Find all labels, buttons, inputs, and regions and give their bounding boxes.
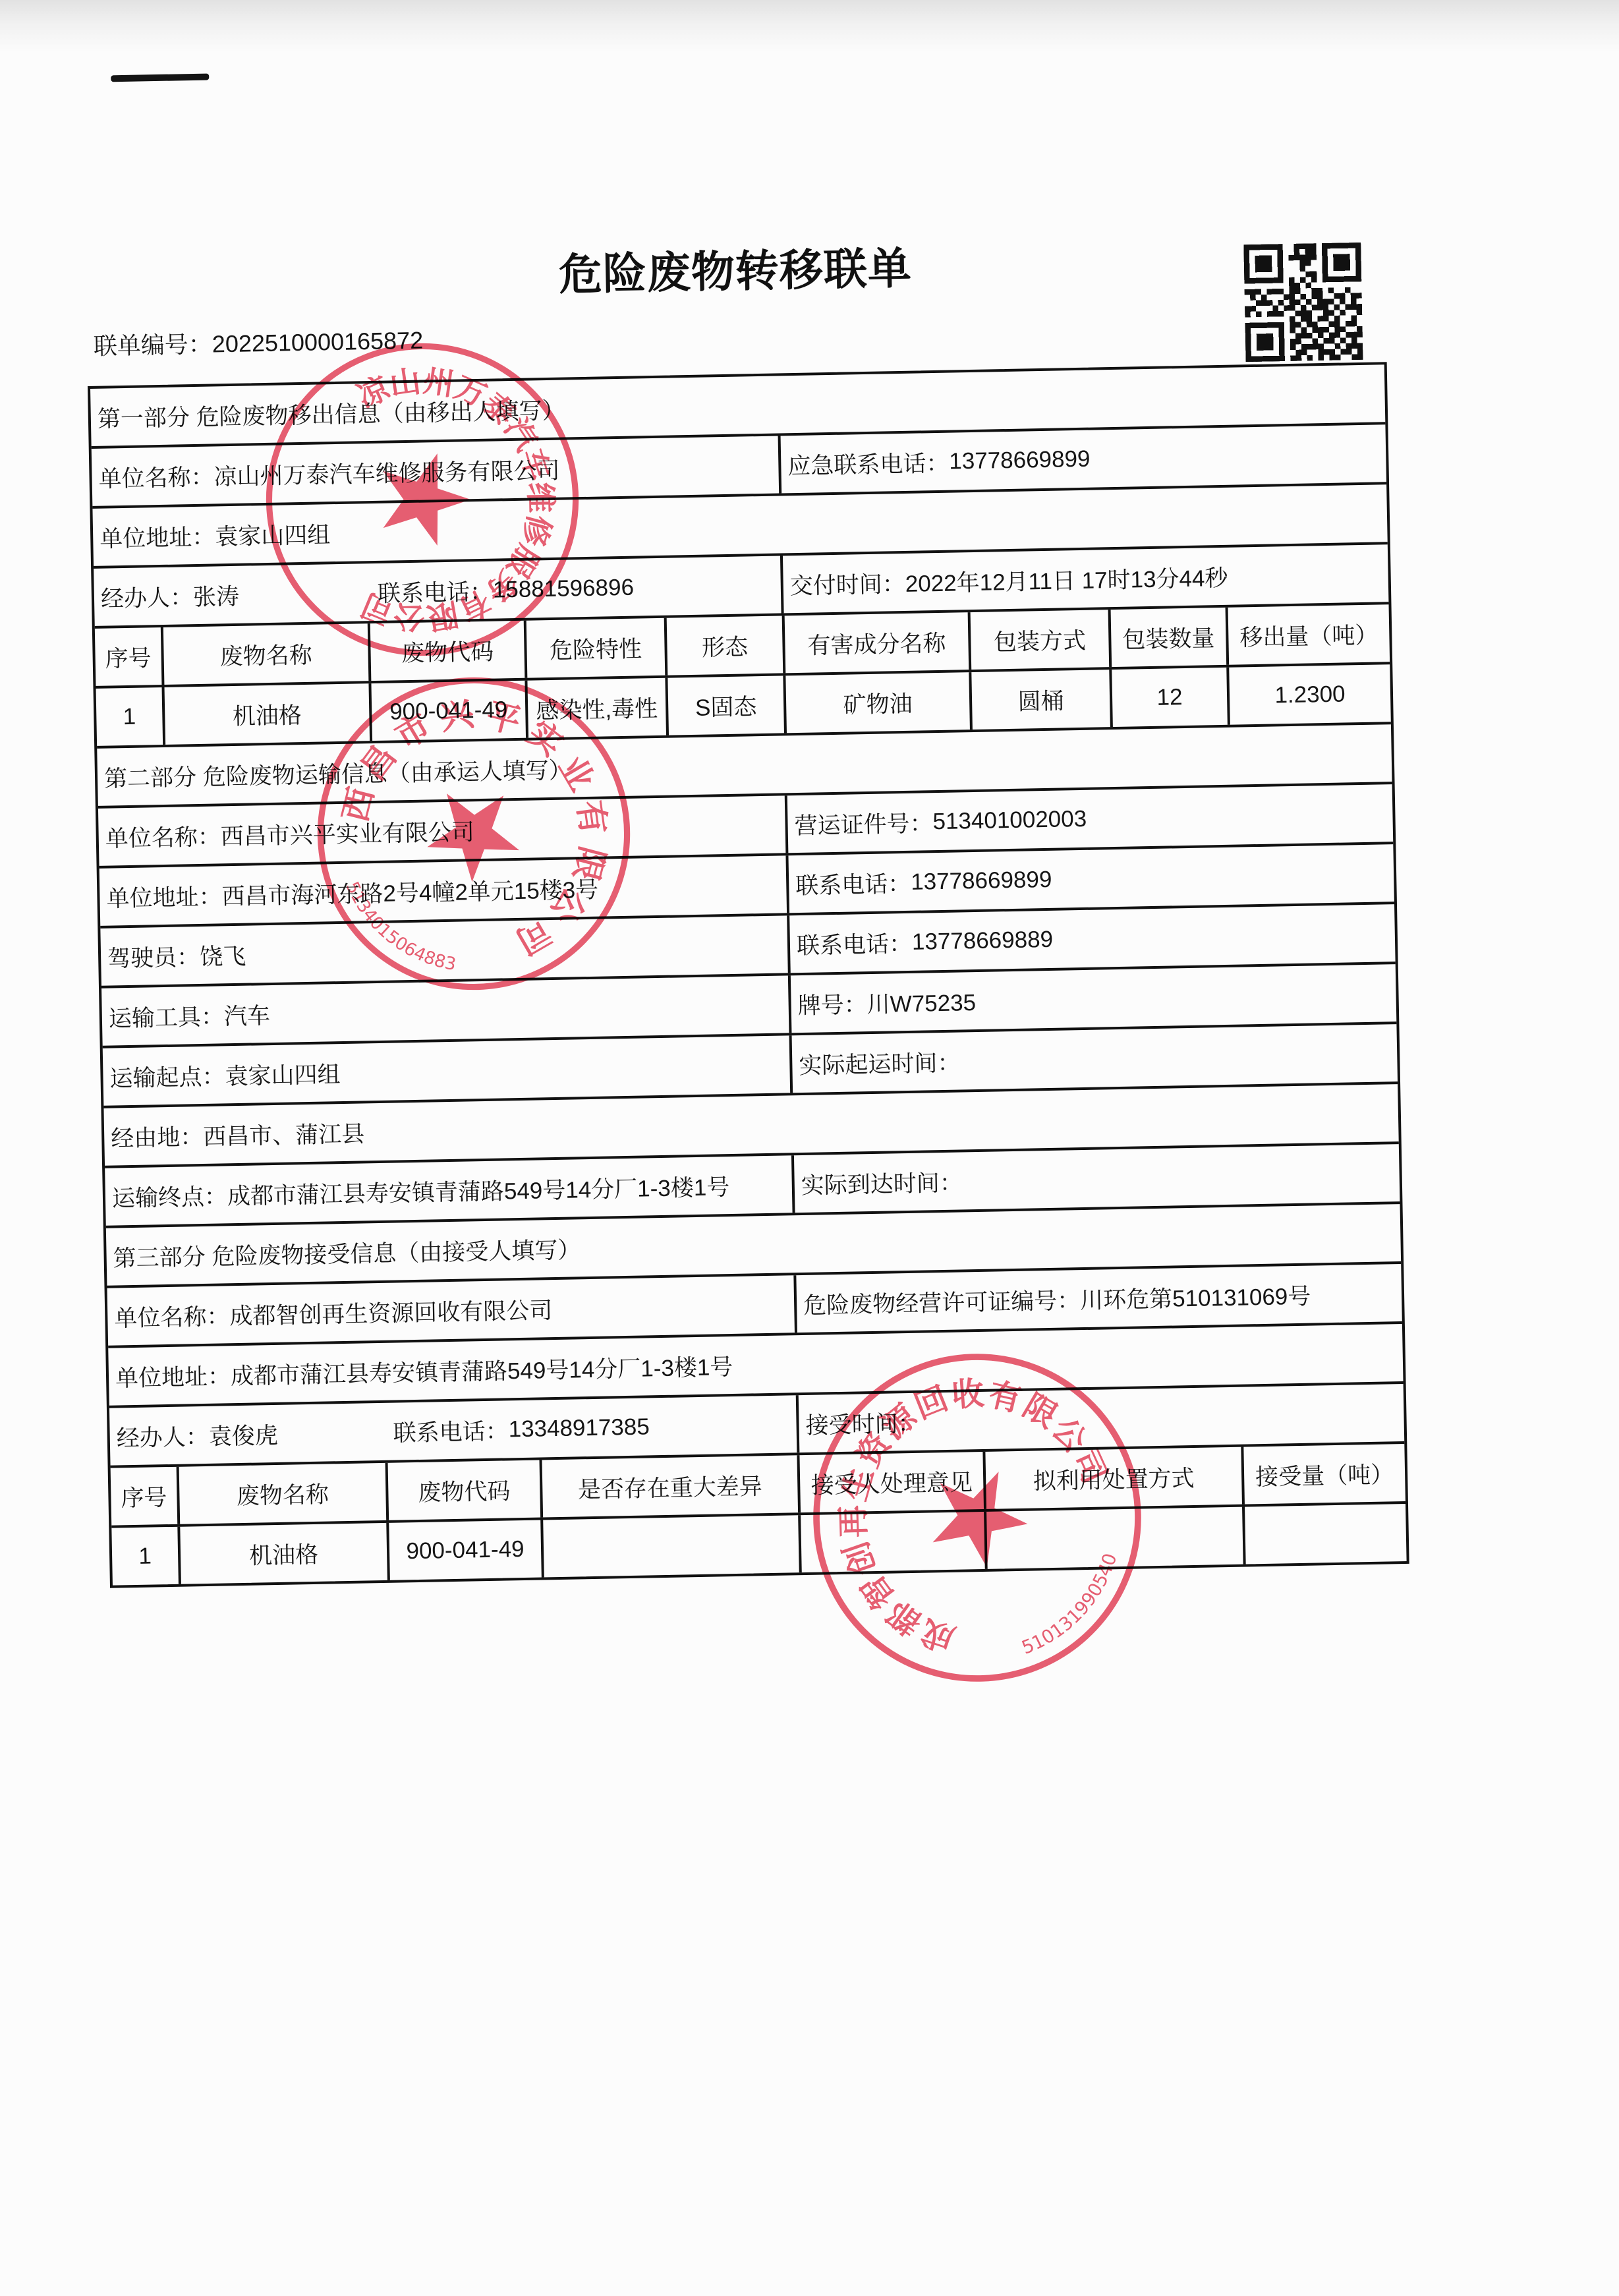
manifest-page: 危险废物转移联单 联单编号：2022510000165872 第一部分 危险废物… [89, 363, 1408, 1586]
field-label: 单位名称： [114, 1298, 230, 1333]
column-header: 是否存在重大差异 [540, 1455, 799, 1517]
carrier-phone: 联系电话：13778669899 [785, 844, 1394, 913]
field-value: 13778669899 [949, 445, 1091, 474]
column-header: 包装数量 [1108, 608, 1227, 667]
column-header: 包装方式 [968, 610, 1110, 670]
field-value: 513401002003 [932, 805, 1087, 834]
field-value: 15881596896 [492, 574, 634, 603]
scan-mark [111, 74, 209, 82]
column-header: 接受人处理意见 [797, 1452, 984, 1512]
column-header: 废物代码 [368, 621, 525, 681]
column-header: 危险特性 [524, 618, 666, 678]
field-label: 应急联系电话： [787, 445, 950, 481]
field-label: 交付时间： [789, 565, 905, 600]
qr-code [1243, 243, 1363, 362]
field-label: 单位地址： [99, 519, 215, 554]
shipper-emergency-phone: 应急联系电话：13778669899 [778, 424, 1386, 493]
table-cell: 900-041-49 [368, 681, 526, 741]
table-cell: 机油格 [177, 1523, 387, 1584]
field-value: 2022年12月11日 17时13分44秒 [905, 560, 1228, 598]
field-label: 实际到达时间： [801, 1164, 963, 1201]
handover-time: 交付时间：2022年12月11日 17时13分44秒 [780, 544, 1388, 613]
column-header: 移出量（吨） [1226, 604, 1390, 665]
field-label: 运输终点： [111, 1178, 227, 1213]
field-value: 袁家山四组 [225, 1056, 341, 1091]
table-cell: 12 [1109, 668, 1228, 727]
field-value: 饶飞 [200, 938, 246, 971]
table-cell [1242, 1504, 1407, 1564]
table-cell [540, 1515, 799, 1577]
page-title: 危险废物转移联单 [86, 231, 1384, 311]
manifest-table: 第一部分 危险废物移出信息（由移出人填写） 单位名称：凉山州万泰汽车维修服务有限… [88, 362, 1409, 1588]
actual-departure-time: 实际起运时间： [789, 1024, 1398, 1093]
field-label: 牌号： [797, 987, 867, 1021]
field-label: 联系电话： [795, 865, 911, 900]
field-value: 袁家山四组 [215, 517, 331, 552]
field-label: 联系电话： [796, 925, 912, 960]
field-label: 经办人： [100, 579, 193, 614]
scanner-shading [0, 0, 1619, 53]
table-cell: 1 [96, 687, 163, 746]
table-cell: 感染性,毒性 [525, 678, 666, 738]
field-value: 川W75235 [866, 985, 976, 1019]
receiver-handler-phone: 联系电话：13348917385 [393, 1398, 650, 1460]
field-value: 成都市蒲江县寿安镇青蒲路549号14分厂1-3楼1号 [227, 1169, 729, 1211]
field-label: 经办人： [116, 1418, 209, 1453]
column-header: 序号 [95, 627, 162, 686]
column-header: 接受量（吨） [1241, 1444, 1406, 1505]
field-label: 联系电话： [377, 573, 493, 608]
column-header: 序号 [111, 1467, 178, 1526]
table-cell [984, 1507, 1243, 1569]
field-label: 接受时间： [805, 1405, 921, 1440]
field-label: 单位地址： [106, 878, 222, 913]
field-value: 袁俊虎 [208, 1417, 278, 1451]
qr-code-icon [1243, 243, 1363, 362]
column-header: 废物名称 [161, 623, 369, 685]
field-label: 单位名称： [105, 818, 221, 853]
field-value: 川环危第510131069号 [1080, 1278, 1311, 1315]
field-value: 13348917385 [508, 1414, 650, 1443]
field-value: 凉山州万泰汽车维修服务有限公司 [213, 452, 560, 492]
column-header: 拟利用处置方式 [982, 1447, 1242, 1509]
field-value: 成都市蒲江县寿安镇青蒲路549号14分厂1-3楼1号 [231, 1349, 733, 1391]
table-cell: 900-041-49 [386, 1520, 542, 1580]
field-value: 成都智创再生资源回收有限公司 [229, 1292, 553, 1331]
license-plate: 牌号：川W75235 [788, 964, 1396, 1033]
field-value: 张涛 [192, 578, 239, 612]
table-cell: 机油格 [162, 683, 370, 745]
table-cell: 1 [111, 1527, 179, 1586]
field-label: 运输工具： [108, 998, 224, 1033]
carrier-operating-license: 营运证件号：513401002003 [785, 784, 1393, 853]
field-label: 危险废物经营许可证编号： [803, 1282, 1081, 1321]
manifest-number-label: 联单编号： [93, 331, 212, 360]
field-value: 西昌市海河东路2号4幢2单元15楼3号 [221, 871, 599, 911]
manifest-number-value: 2022510000165872 [212, 327, 423, 358]
field-label: 实际起运时间： [799, 1045, 961, 1081]
table-cell: 1.2300 [1226, 664, 1391, 725]
column-header: 有害成分名称 [782, 612, 969, 673]
field-label: 营运证件号： [794, 805, 933, 841]
field-value: 13778669889 [912, 926, 1054, 955]
field-value: 西昌市、蒲江县 [203, 1116, 365, 1152]
column-header: 形态 [664, 616, 783, 675]
field-value: 13778669899 [911, 866, 1052, 895]
table-cell: 圆桶 [969, 670, 1110, 730]
field-label: 运输起点： [109, 1058, 225, 1093]
hazardous-waste-permit-number: 危险废物经营许可证编号：川环危第510131069号 [793, 1264, 1402, 1333]
receive-time: 接受时间： [796, 1384, 1404, 1452]
table-cell: 矿物油 [783, 672, 970, 733]
manifest-number: 联单编号：2022510000165872 [93, 326, 423, 361]
field-label: 联系电话： [393, 1413, 509, 1448]
actual-arrival-time: 实际到达时间： [791, 1144, 1400, 1213]
shipper-handler-phone: 联系电话：15881596896 [377, 559, 635, 621]
field-label: 驾驶员： [107, 939, 200, 974]
driver-phone: 联系电话：13778669889 [787, 904, 1395, 973]
field-label: 单位名称： [98, 459, 214, 494]
field-value: 西昌市兴平实业有限公司 [220, 814, 474, 851]
field-label: 经由地： [111, 1118, 204, 1153]
column-header: 废物名称 [177, 1463, 387, 1524]
column-header: 废物代码 [385, 1460, 541, 1520]
table-cell [798, 1512, 985, 1572]
field-value: 汽车 [223, 998, 270, 1031]
field-label: 单位地址： [115, 1358, 231, 1393]
table-cell: S固态 [665, 675, 784, 735]
